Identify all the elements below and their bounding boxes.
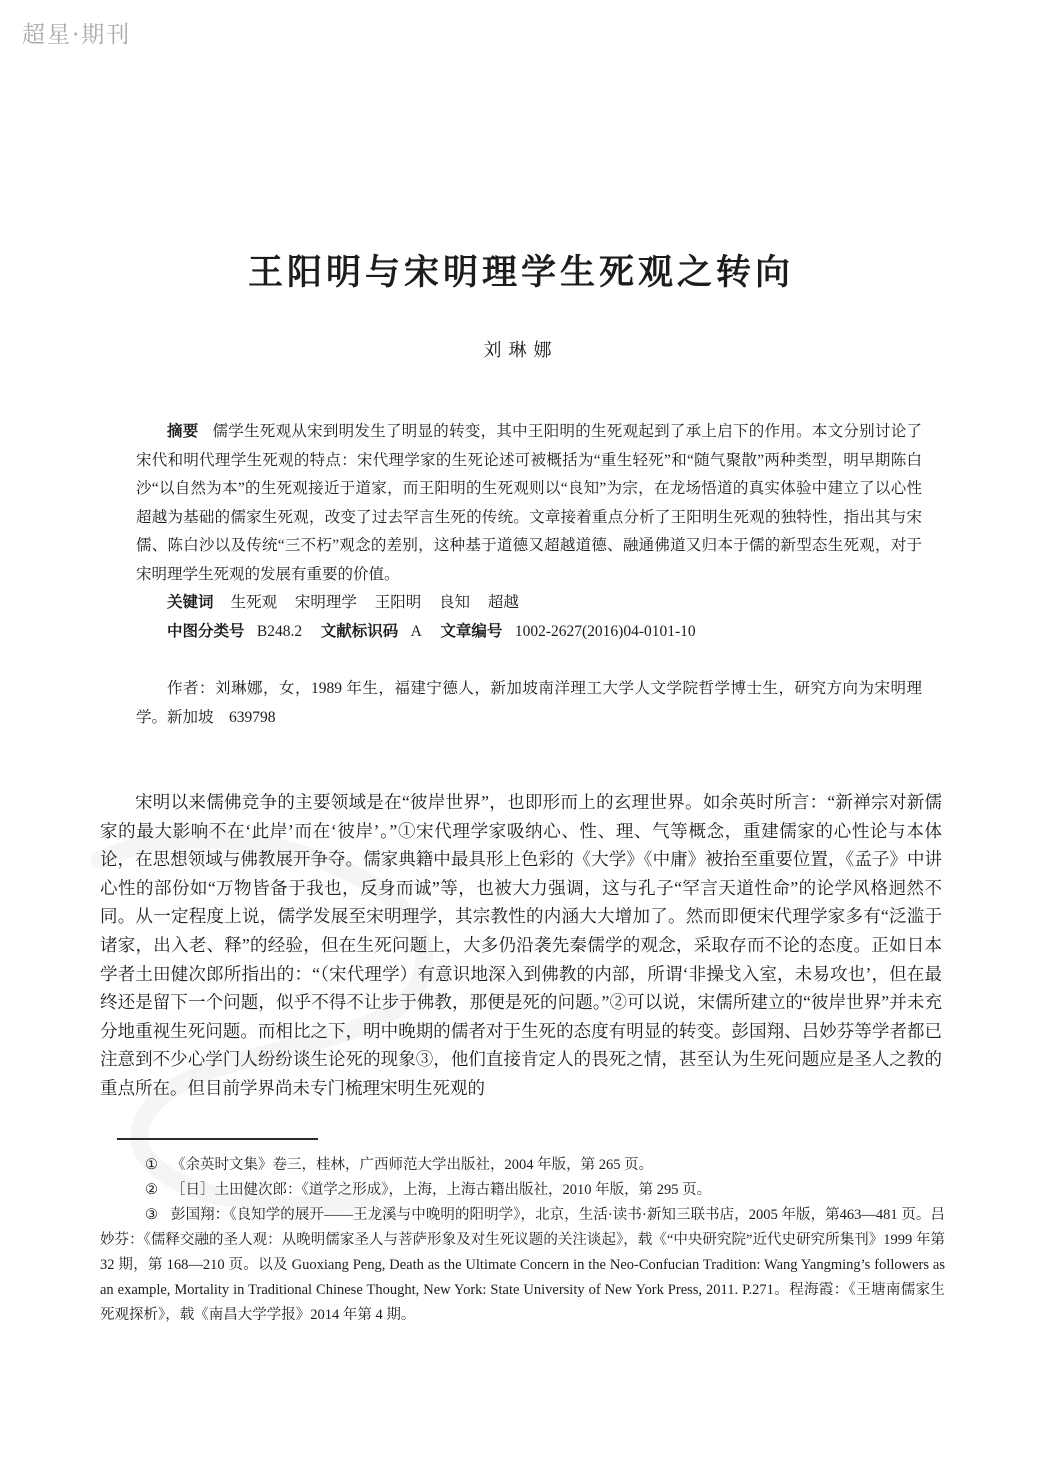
doc-code-label: 文献标识码: [321, 623, 399, 640]
clc-value: B248.2: [257, 623, 302, 640]
classification-line: 中图分类号B248.2文献标识码A文章编号1002-2627(2016)04-0…: [136, 618, 922, 647]
keywords-label: 关键词: [167, 594, 214, 611]
keyword-item: 超越: [488, 594, 519, 611]
footnote-marker: ②: [145, 1182, 158, 1198]
abstract-text: 儒学生死观从宋到明发生了明显的转变，其中王阳明的生死观起到了承上启下的作用。本文…: [136, 423, 922, 583]
footnote-text: 彭国翔：《良知学的展开——王龙溪与中晚明的阳明学》，北京，生活·读书·新知三联书…: [100, 1207, 945, 1323]
footnote-text: ［日］土田健次郎：《道学之形成》，上海，上海古籍出版社，2010 年版，第 29…: [171, 1182, 711, 1198]
viewer-brand-logo: 超星·期刊: [22, 16, 131, 49]
keyword-item: 良知: [439, 594, 470, 611]
article-no-value: 1002-2627(2016)04-0101-10: [515, 623, 696, 640]
clc-label: 中图分类号: [167, 623, 245, 640]
keyword-item: 生死观: [231, 594, 278, 611]
article-no-label: 文章编号: [440, 623, 502, 640]
front-matter-block: 摘要儒学生死观从宋到明发生了明显的转变，其中王阳明的生死观起到了承上启下的作用。…: [136, 418, 922, 732]
footnotes-block: ①《余英时文集》卷三，桂林，广西师范大学出版社，2004 年版，第 265 页。…: [100, 1153, 945, 1328]
abstract-paragraph: 摘要儒学生死观从宋到明发生了明显的转变，其中王阳明的生死观起到了承上启下的作用。…: [136, 418, 922, 589]
footnote-marker: ③: [145, 1207, 158, 1223]
paper-author-name: 刘琳娜: [0, 336, 1042, 362]
author-bio: 作者：刘琳娜，女，1989 年生，福建宁德人，新加坡南洋理工大学人文学院哲学博士…: [136, 675, 922, 732]
footnote-marker: ①: [145, 1157, 158, 1173]
footnote-item: ①《余英时文集》卷三，桂林，广西师范大学出版社，2004 年版，第 265 页。: [100, 1153, 945, 1178]
doc-code-value: A: [411, 623, 422, 640]
keyword-item: 王阳明: [375, 594, 422, 611]
keyword-item: 宋明理学: [295, 594, 357, 611]
paper-title: 王阳明与宋明理学生死观之转向: [0, 245, 1042, 295]
footnote-text: 《余英时文集》卷三，桂林，广西师范大学出版社，2004 年版，第 265 页。: [171, 1157, 653, 1173]
body-text-block: 宋明以来儒佛竞争的主要领域是在“彼岸世界”，也即形而上的玄理世界。如余英时所言：…: [100, 788, 942, 1103]
body-paragraph: 宋明以来儒佛竞争的主要领域是在“彼岸世界”，也即形而上的玄理世界。如余英时所言：…: [100, 788, 942, 1103]
abstract-label: 摘要: [167, 423, 199, 440]
footnote-item: ③彭国翔：《良知学的展开——王龙溪与中晚明的阳明学》，北京，生活·读书·新知三联…: [100, 1203, 945, 1328]
keywords-line: 关键词生死观宋明理学王阳明良知超越: [136, 589, 922, 618]
footnote-item: ②［日］土田健次郎：《道学之形成》，上海，上海古籍出版社，2010 年版，第 2…: [100, 1178, 945, 1203]
footnote-separator-rule: [117, 1138, 318, 1140]
